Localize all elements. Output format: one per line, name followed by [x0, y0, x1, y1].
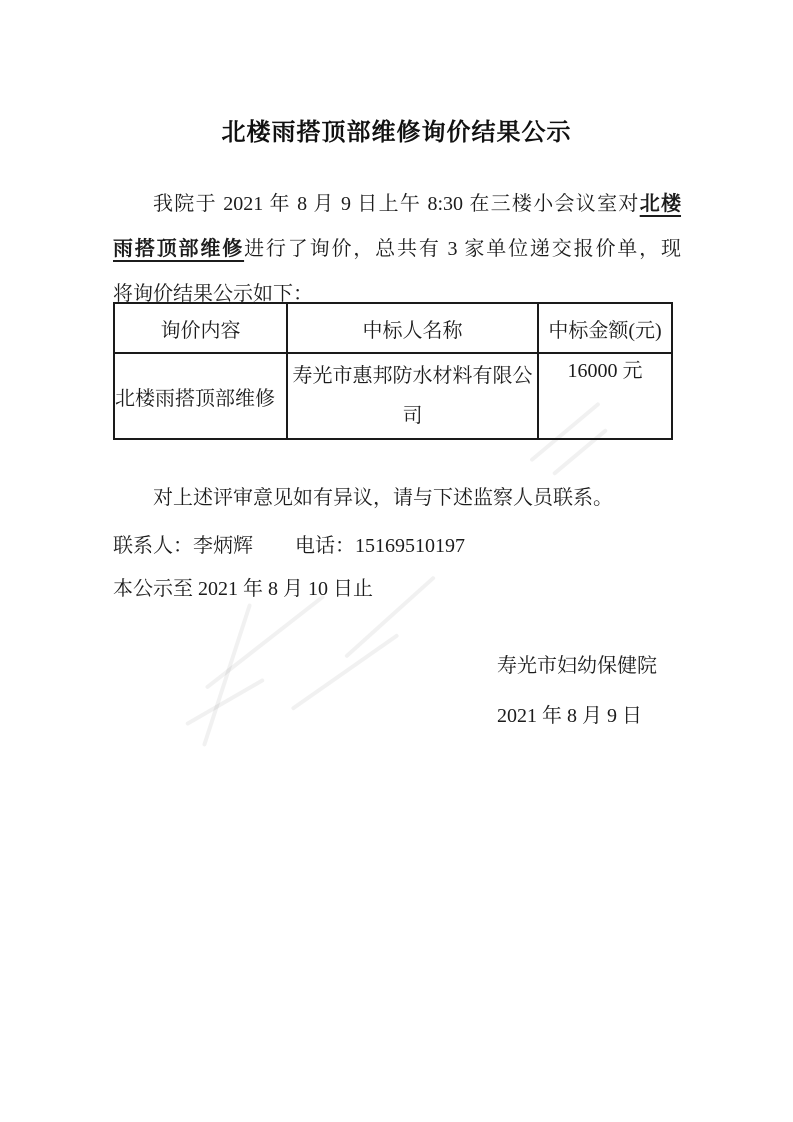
watermark: [202, 603, 252, 747]
table-row: 北楼雨搭顶部维修 寿光市惠邦防水材料有限公司 16000 元: [114, 353, 672, 439]
intro-line: 我院于 2021 年 8 月 9 日上午 8:30 在三楼小会议室对北楼: [113, 182, 681, 227]
emphasized-project-name: 北楼: [640, 193, 681, 215]
header-winner-name: 中标人名称: [287, 303, 538, 353]
result-table: 询价内容 中标人名称 中标金额(元) 北楼雨搭顶部维修 寿光市惠邦防水材料有限公…: [113, 302, 673, 440]
cell-award-amount: 16000 元: [538, 353, 672, 439]
objection-note: 对上述评审意见如有异议，请与下述监察人员联系。: [113, 486, 681, 510]
phone-number: 15169510197: [355, 535, 465, 557]
contact-label: 联系人：: [113, 535, 193, 557]
watermark: [205, 594, 326, 690]
intro-text: 进行了询价，总共有 3 家单位递交报价单，现: [244, 238, 681, 260]
intro-line: 雨搭顶部维修进行了询价，总共有 3 家单位递交报价单，现: [113, 227, 681, 272]
header-award-amount: 中标金额(元): [538, 303, 672, 353]
signature-organization: 寿光市妇幼保健院: [497, 654, 657, 678]
signature-date: 2021 年 8 月 9 日: [497, 704, 642, 728]
contact-line: 联系人：李炳辉电话：15169510197: [113, 534, 681, 558]
emphasized-project-name: 雨搭顶部维修: [113, 238, 244, 260]
watermark: [291, 633, 400, 711]
cell-inquiry-content: 北楼雨搭顶部维修: [114, 353, 287, 439]
intro-text: 我院于 2021 年 8 月 9 日上午 8:30 在三楼小会议室对: [153, 193, 640, 215]
phone-label: 电话：: [295, 535, 355, 557]
validity-line: 本公示至 2021 年 8 月 10 日止: [113, 577, 681, 601]
document-page: 北楼雨搭顶部维修询价结果公示 我院于 2021 年 8 月 9 日上午 8:30…: [0, 0, 793, 1122]
contact-name: 李炳辉: [193, 535, 253, 557]
page-title: 北楼雨搭顶部维修询价结果公示: [0, 112, 793, 147]
intro-paragraph: 我院于 2021 年 8 月 9 日上午 8:30 在三楼小会议室对北楼雨搭顶部…: [113, 182, 681, 317]
table-header-row: 询价内容 中标人名称 中标金额(元): [114, 303, 672, 353]
header-inquiry-content: 询价内容: [114, 303, 287, 353]
cell-winner-name: 寿光市惠邦防水材料有限公司: [287, 353, 538, 439]
